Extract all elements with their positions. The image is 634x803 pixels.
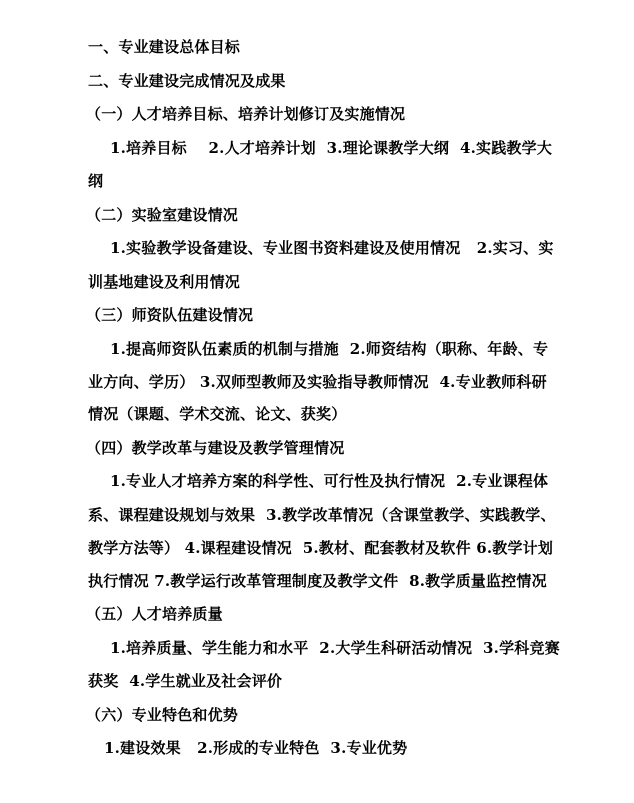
heading-overall-goal: 一、专业建设总体目标 [88, 35, 240, 59]
list-item: 1.实验教学设备建设、专业图书资料建设及使用情况 2.实习、实 [110, 236, 554, 260]
subheading-lab-construction: （二）实验室建设情况 [86, 203, 238, 227]
list-item-continuation: 业方向、学历） 3.双师型教师及实验指导教师情况 4.专业教师科研 [88, 370, 547, 394]
list-item-continuation: 系、课程建设规划与效果 3.教学改革情况（含课堂教学、实践教学、 [88, 503, 556, 527]
list-item-continuation: 情况（课题、学术交流、论文、获奖） [88, 402, 346, 426]
document-page: 一、专业建设总体目标 二、专业建设完成情况及成果 （一）人才培养目标、培养计划修… [0, 0, 634, 803]
list-item-continuation: 训基地建设及利用情况 [88, 270, 240, 294]
list-item: 1.培养质量、学生能力和水平 2.大学生科研活动情况 3.学科竞赛 [110, 636, 560, 660]
list-item: 1.提高师资队伍素质的机制与措施 2.师资结构（职称、年龄、专 [110, 337, 548, 361]
subheading-training-quality: （五）人才培养质量 [86, 602, 223, 626]
list-item-continuation: 获奖 4.学生就业及社会评价 [88, 669, 282, 693]
subheading-faculty: （三）师资队伍建设情况 [86, 303, 253, 327]
heading-completion-results: 二、专业建设完成情况及成果 [88, 69, 286, 93]
subheading-teaching-reform: （四）教学改革与建设及教学管理情况 [86, 436, 344, 460]
subheading-talent-training: （一）人才培养目标、培养计划修订及实施情况 [86, 102, 405, 126]
list-item: 1.专业人才培养方案的科学性、可行性及执行情况 2.专业课程体 [110, 469, 548, 493]
subheading-features-advantages: （六）专业特色和优势 [86, 703, 238, 727]
list-item-continuation: 教学方法等） 4.课程建设情况 5.教材、配套教材及软件 6.教学计划 [88, 536, 553, 560]
list-item: 1.建设效果 2.形成的专业特色 3.专业优势 [104, 736, 407, 760]
list-item: 1.培养目标 2.人才培养计划 3.理论课教学大纲 4.实践教学大 [110, 136, 552, 160]
list-item-continuation: 执行情况 7.教学运行改革管理制度及教学文件 8.教学质量监控情况 [88, 569, 547, 593]
list-item-continuation: 纲 [88, 169, 103, 193]
